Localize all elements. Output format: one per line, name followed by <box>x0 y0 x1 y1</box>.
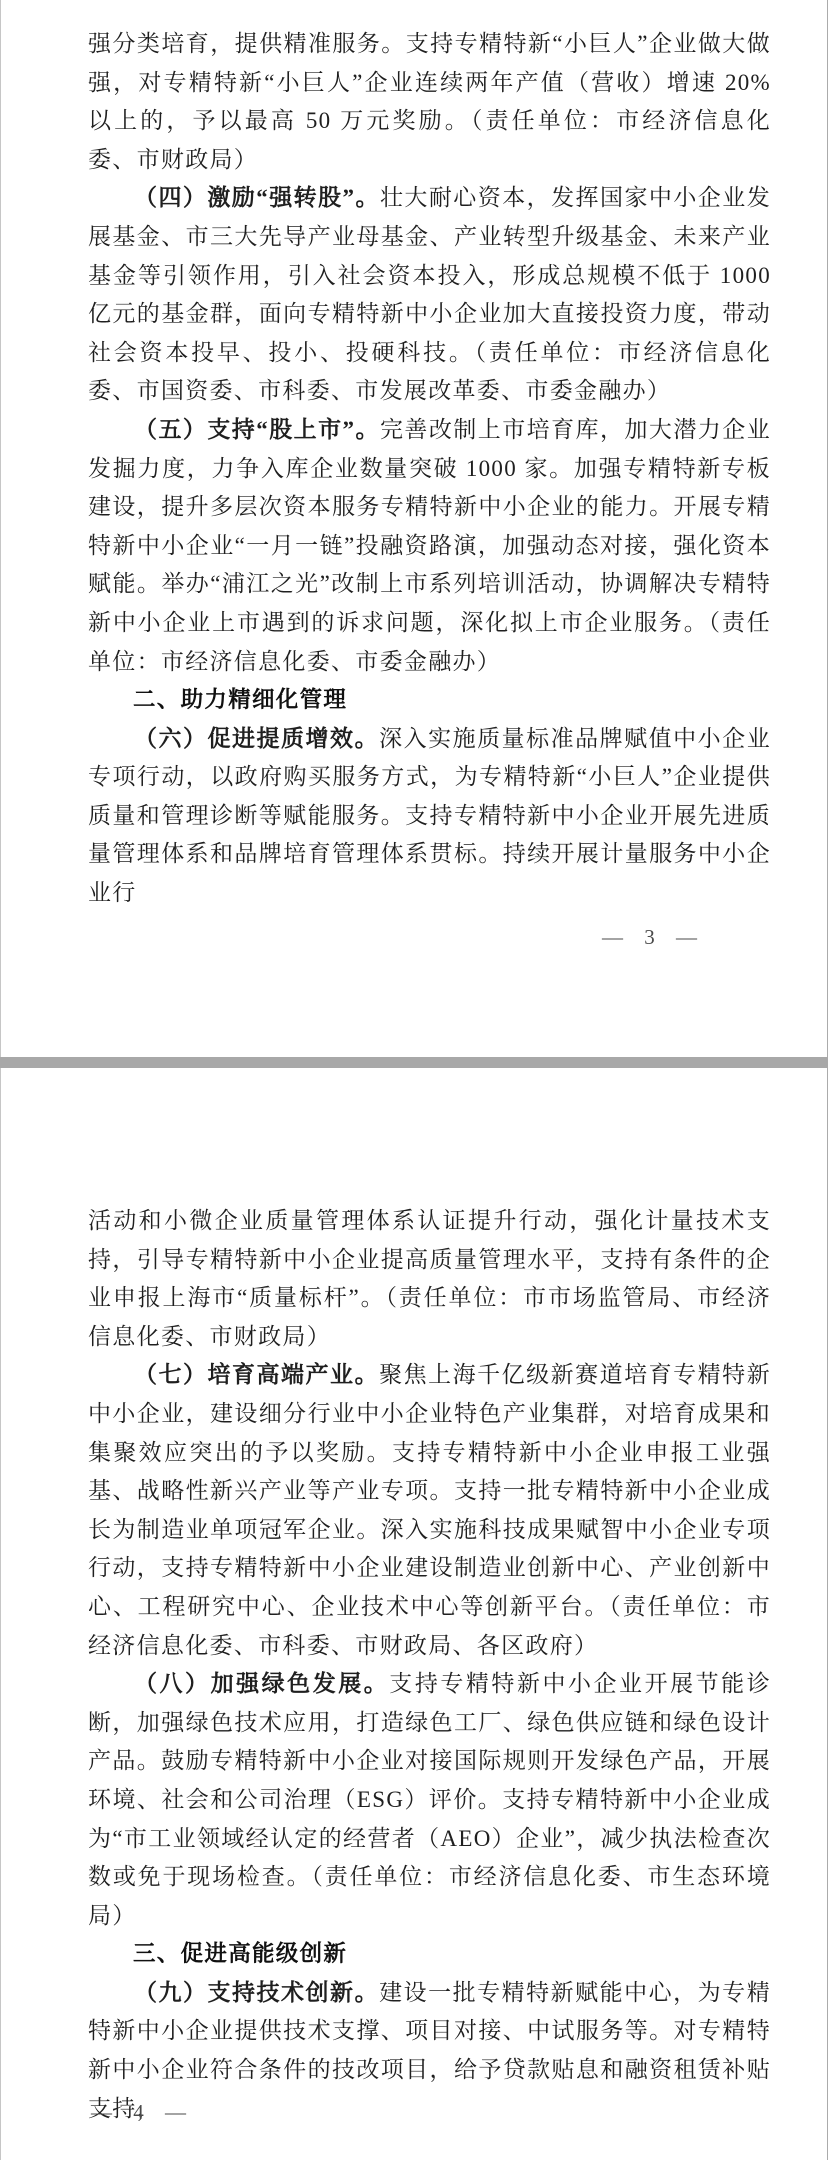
page-number: — 4 — <box>91 2100 188 2125</box>
paragraph-lead: （五）支持“股上市”。 <box>134 417 380 442</box>
paragraph-text: 支持专精特新中小企业开展节能诊断，加强绿色技术应用，打造绿色工厂、绿色供应链和绿… <box>88 1671 771 1928</box>
paragraph: （九）支持技术创新。建设一批专精特新赋能中心，为专精特新中小企业提供技术支撑、项… <box>88 1974 771 2128</box>
section-heading: 二、助力精细化管理 <box>88 681 771 720</box>
paragraph: （六）促进提质增效。深入实施质量标准品牌赋值中小企业专项行动，以政府购买服务方式… <box>88 720 771 913</box>
paragraph-text: 完善改制上市培育库，加大潜力企业发掘力度，力争入库企业数量突破 1000 家。加… <box>88 417 771 674</box>
paragraph-continuation: 活动和小微企业质量管理体系认证提升行动，强化计量技术支持，引导专精特新中小企业提… <box>88 1202 771 1356</box>
paragraph-text: 深入实施质量标准品牌赋值中小企业专项行动，以政府购买服务方式，为专精特新“小巨人… <box>88 726 771 905</box>
paragraph: （五）支持“股上市”。完善改制上市培育库，加大潜力企业发掘力度，力争入库企业数量… <box>88 411 771 681</box>
page-number: — 3 — <box>602 925 699 950</box>
page-divider <box>0 1057 828 1068</box>
paragraph: （四）激励“强转股”。壮大耐心资本，发挥国家中小企业发展基金、市三大先导产业母基… <box>88 179 771 411</box>
paragraph: （七）培育高端产业。聚焦上海千亿级新赛道培育专精特新中小企业，建设细分行业中小企… <box>88 1356 771 1665</box>
paragraph-text: 壮大耐心资本，发挥国家中小企业发展基金、市三大先导产业母基金、产业转型升级基金、… <box>88 185 771 403</box>
document-page-3: 强分类培育，提供精准服务。支持专精特新“小巨人”企业做大做强，对专精特新“小巨人… <box>0 0 828 1057</box>
paragraph-continuation: 强分类培育，提供精准服务。支持专精特新“小巨人”企业做大做强，对专精特新“小巨人… <box>88 25 771 179</box>
paragraph-lead: （八）加强绿色发展。 <box>134 1671 389 1696</box>
paragraph-lead: （四）激励“强转股”。 <box>134 185 380 210</box>
section-heading: 三、促进高能级创新 <box>88 1935 771 1974</box>
document-page-4: 活动和小微企业质量管理体系认证提升行动，强化计量技术支持，引导专精特新中小企业提… <box>0 1068 828 2160</box>
paragraph: （八）加强绿色发展。支持专精特新中小企业开展节能诊断，加强绿色技术应用，打造绿色… <box>88 1665 771 1935</box>
pdf-viewer: 强分类培育，提供精准服务。支持专精特新“小巨人”企业做大做强，对专精特新“小巨人… <box>0 0 828 2160</box>
paragraph-text: 聚焦上海千亿级新赛道培育专精特新中小企业，建设细分行业中小企业特色产业集群，对培… <box>88 1362 771 1657</box>
paragraph-lead: （九）支持技术创新。 <box>134 1980 379 2005</box>
paragraph-lead: （六）促进提质增效。 <box>134 726 379 751</box>
paragraph-lead: （七）培育高端产业。 <box>134 1362 379 1387</box>
